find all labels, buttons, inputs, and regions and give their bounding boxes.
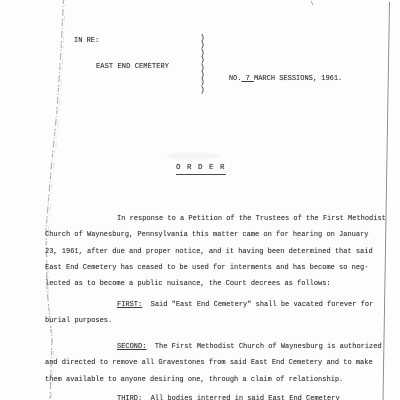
opening-paragraph: In response to a Petition of the Trustee… [45, 211, 390, 292]
decree-second-label: SECOND: [117, 343, 146, 351]
bracket-column: ) ) ) ) ) ) ) ) [200, 35, 205, 94]
docket-case-number: 7 [241, 75, 254, 83]
docket-prefix: NO. [229, 75, 242, 83]
decree-first-label: FIRST: [117, 301, 142, 309]
docket-suffix: MARCH SESSIONS, 1961. [254, 75, 342, 83]
decree-third-cutoff: THIRD: All bodies interred in said East … [45, 391, 390, 400]
case-bracket: ) [200, 87, 205, 94]
paragraph-line: In response to a Petition of the Trustee… [45, 211, 390, 227]
order-heading: O R D E R [176, 164, 226, 175]
decree-third-text: All bodies interred in said East End Cem… [142, 395, 339, 400]
decree-first-text: Said "East End Cemetery" shall be vacate… [142, 301, 373, 309]
paragraph-line: and directed to remove all Gravestones f… [45, 355, 390, 371]
decree-second: SECOND: The First Methodist Church of Wa… [45, 339, 390, 388]
paragraph-line: East End Cemetery has ceased to be used … [45, 260, 390, 276]
docket-number: NO. 7 MARCH SESSIONS, 1961. [212, 67, 342, 91]
in-re-label: IN RE: [74, 37, 99, 45]
decree-second-text: The First Methodist Church of Waynesburg… [146, 343, 381, 351]
paragraph-line: SECOND: The First Methodist Church of Wa… [45, 339, 390, 355]
paragraph-line: burial purposes. [45, 313, 390, 329]
paragraph-line: them available to anyone desiring one, t… [45, 372, 390, 388]
paragraph-line: 23, 1961, after due and proper notice, a… [45, 244, 390, 260]
top-stray-mark [311, 1, 313, 5]
paragraph-line: lected as to become a public nuisance, t… [45, 276, 390, 292]
paragraph-line: FIRST: Said "East End Cemetery" shall be… [45, 297, 390, 313]
decree-first: FIRST: Said "East End Cemetery" shall be… [45, 297, 390, 330]
case-name: EAST END CEMETERY [96, 63, 169, 71]
scanned-court-order-page: IN RE: EAST END CEMETERY ) ) ) ) ) ) ) )… [0, 0, 400, 400]
paragraph-line: THIRD: All bodies interred in said East … [45, 391, 390, 400]
paragraph-line: Church of Waynesburg, Pennsylvania this … [45, 227, 390, 243]
decree-third-label: THIRD: [117, 395, 142, 400]
scan-smudge [166, 153, 221, 159]
